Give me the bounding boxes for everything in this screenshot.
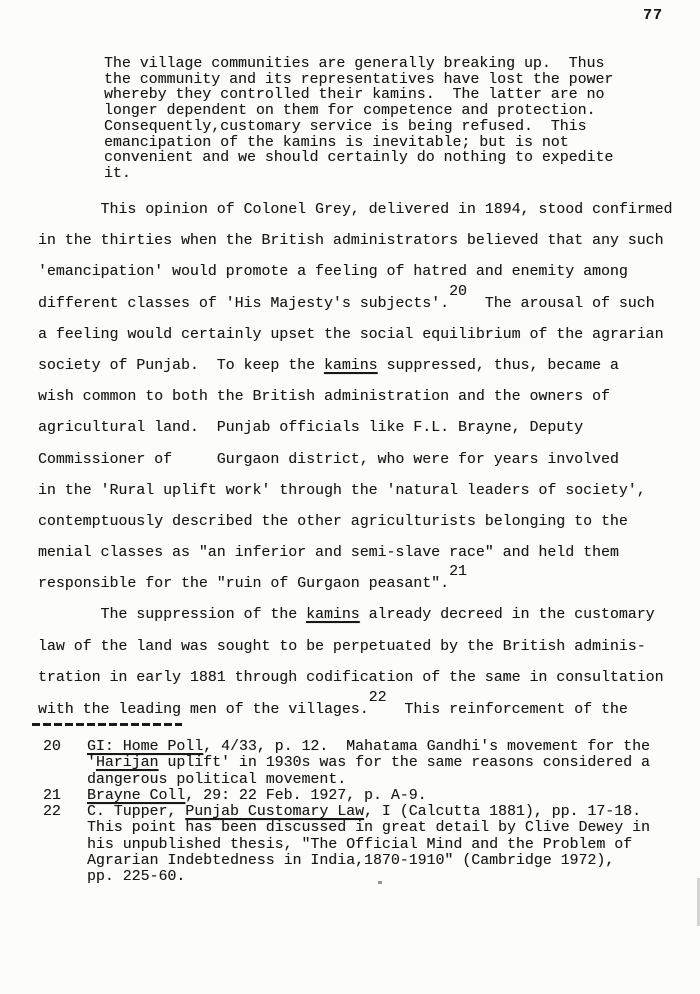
body-paragraph-2: The suppression of the kamins already de… (38, 600, 664, 726)
text-line: it. (104, 167, 613, 183)
text-run: The arousal of such (467, 296, 655, 312)
text-line: The village communities are generally br… (104, 57, 613, 73)
text-run: 'emancipation' would promote a feeling o… (38, 264, 628, 280)
footnote-item: 21Brayne Coll, 29: 22 Feb. 1927, p. A-9. (43, 788, 650, 804)
text-run: C. Tupper, (87, 804, 185, 820)
text-run: menial classes as "an inferior and semi-… (38, 545, 619, 561)
footnote-item: 22C. Tupper, Punjab Customary Law, I (Ca… (43, 804, 650, 885)
text-line: the community and its representatives ha… (104, 73, 613, 89)
underlined-term: GI: Home Poll (87, 739, 203, 755)
text-run: ' (87, 755, 96, 771)
text-line: law of the land was sought to be perpetu… (38, 632, 664, 664)
text-line: pp. 225-60. (87, 869, 650, 885)
scan-artifact-speck (378, 881, 382, 884)
text-line: Agrarian Indebtedness in India,1870-1910… (87, 853, 650, 869)
text-run: uplift' in 1930s was for the same reason… (159, 755, 650, 771)
text-line: This point has been discussed in great d… (87, 820, 650, 836)
text-line: 'Harijan uplift' in 1930s was for the sa… (87, 755, 650, 771)
text-line: longer dependent on them for competence … (104, 104, 613, 120)
text-run: This reinforcement of the (387, 702, 628, 718)
text-run: suppressed, thus, became a (378, 358, 619, 374)
text-line: 'emancipation' would promote a feeling o… (38, 257, 672, 288)
underlined-term: Brayne Coll (87, 788, 185, 804)
text-run: agricultural land. Punjab officials like… (38, 420, 583, 436)
text-run: responsible for the "ruin of Gurgaon pea… (38, 576, 449, 592)
text-line: whereby they controlled their kamins. Th… (104, 88, 613, 104)
text-line: C. Tupper, Punjab Customary Law, I (Calc… (87, 804, 650, 820)
text-line: a feeling would certainly upset the soci… (38, 320, 672, 351)
text-run: the community and its representatives ha… (104, 72, 613, 88)
block-quote: The village communities are generally br… (104, 57, 613, 183)
text-line: This opinion of Colonel Grey, delivered … (38, 195, 672, 226)
footnote-ref: 22 (369, 683, 387, 715)
text-line: different classes of 'His Majesty's subj… (38, 289, 672, 320)
text-line: in the 'Rural uplift work' through the '… (38, 476, 672, 507)
footnote-number: 20 (43, 739, 87, 788)
text-run: a feeling would certainly upset the soci… (38, 327, 664, 343)
text-run: The village communities are generally br… (104, 56, 604, 72)
footnotes-section: 20GI: Home Poll, 4/33, p. 12. Mahatama G… (43, 739, 650, 886)
text-run: The suppression of the (38, 607, 306, 623)
text-run: with the leading men of the villages. (38, 702, 369, 718)
text-run: Consequently,customary service is being … (104, 119, 587, 135)
text-line: society of Punjab. To keep the kamins su… (38, 351, 672, 382)
text-line: wish common to both the British administ… (38, 382, 672, 413)
body-paragraph-1: This opinion of Colonel Grey, delivered … (38, 195, 672, 601)
text-run: , 4/33, p. 12. Mahatama Gandhi's movemen… (203, 739, 650, 755)
text-run: already decreed in the customary (360, 607, 655, 623)
text-line: contemptuously described the other agric… (38, 507, 672, 538)
text-run: emancipation of the kamins is inevitable… (104, 135, 569, 151)
text-run: Commissioner of Gurgaon district, who we… (38, 452, 619, 468)
text-run: tration in early 1881 through codificati… (38, 670, 664, 686)
underlined-term: kamins (306, 607, 360, 623)
footnote-number: 21 (43, 788, 87, 804)
scanned-document-page: 77 The village communities are generally… (0, 0, 700, 994)
text-run: pp. 225-60. (87, 869, 185, 885)
footnote-ref: 20 (449, 277, 467, 308)
text-line: his unpublished thesis, "The Official Mi… (87, 837, 650, 853)
text-line: agricultural land. Punjab officials like… (38, 413, 672, 444)
text-line: tration in early 1881 through codificati… (38, 663, 664, 695)
text-run: his unpublished thesis, "The Official Mi… (87, 837, 632, 853)
text-run: Agrarian Indebtedness in India,1870-1910… (87, 853, 614, 869)
text-run: in the 'Rural uplift work' through the '… (38, 483, 646, 499)
text-line: menial classes as "an inferior and semi-… (38, 538, 672, 569)
footnote-separator (32, 723, 182, 726)
text-run: law of the land was sought to be perpetu… (38, 639, 646, 655)
text-run: , 29: 22 Feb. 1927, p. A-9. (185, 788, 426, 804)
underlined-term: Harijan (96, 755, 159, 771)
text-run: different classes of 'His Majesty's subj… (38, 296, 449, 312)
footnote-text: Brayne Coll, 29: 22 Feb. 1927, p. A-9. (87, 788, 427, 804)
text-run: , I (Calcutta 1881), pp. 17-18. (364, 804, 641, 820)
text-line: The suppression of the kamins already de… (38, 600, 664, 632)
text-run: longer dependent on them for competence … (104, 103, 595, 119)
text-run: This point has been discussed in great d… (87, 820, 650, 836)
text-run: society of Punjab. To keep the (38, 358, 324, 374)
text-run: in the thirties when the British adminis… (38, 233, 664, 249)
text-line: convenient and we should certainly do no… (104, 151, 613, 167)
text-line: dangerous political movement. (87, 772, 650, 788)
footnote-text: GI: Home Poll, 4/33, p. 12. Mahatama Gan… (87, 739, 650, 788)
footnote-number: 22 (43, 804, 87, 885)
text-line: Commissioner of Gurgaon district, who we… (38, 445, 672, 476)
underlined-term: kamins (324, 358, 378, 374)
text-run: convenient and we should certainly do no… (104, 150, 613, 166)
text-run: This opinion of Colonel Grey, delivered … (38, 202, 672, 218)
page-number: 77 (643, 7, 663, 24)
text-run: wish common to both the British administ… (38, 389, 610, 405)
text-line: emancipation of the kamins is inevitable… (104, 136, 613, 152)
text-run: whereby they controlled their kamins. Th… (104, 87, 604, 103)
text-line: responsible for the "ruin of Gurgaon pea… (38, 569, 672, 600)
footnote-text: C. Tupper, Punjab Customary Law, I (Calc… (87, 804, 650, 885)
underlined-term: Punjab Customary Law (185, 804, 364, 820)
text-line: Brayne Coll, 29: 22 Feb. 1927, p. A-9. (87, 788, 427, 804)
text-run: dangerous political movement. (87, 772, 346, 788)
text-line: with the leading men of the villages.22 … (38, 695, 664, 727)
text-line: in the thirties when the British adminis… (38, 226, 672, 257)
footnote-ref: 21 (449, 557, 467, 588)
text-run: it. (104, 166, 131, 182)
text-run: contemptuously described the other agric… (38, 514, 628, 530)
footnote-item: 20GI: Home Poll, 4/33, p. 12. Mahatama G… (43, 739, 650, 788)
text-line: GI: Home Poll, 4/33, p. 12. Mahatama Gan… (87, 739, 650, 755)
text-line: Consequently,customary service is being … (104, 120, 613, 136)
